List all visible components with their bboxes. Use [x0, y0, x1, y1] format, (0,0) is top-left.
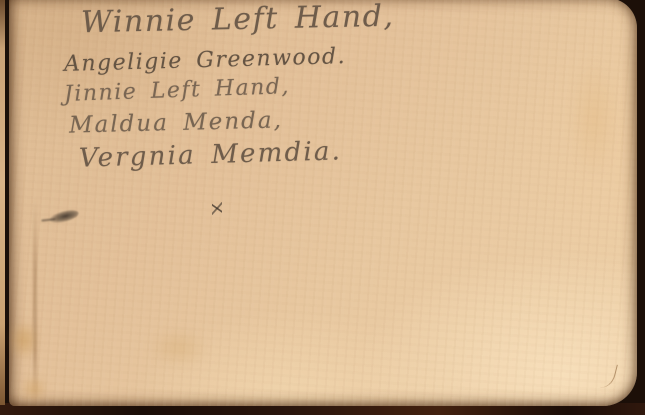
handwriting-line-3: Jinnie Left Hand, — [64, 74, 291, 107]
handwriting-line-2: Angeligie Greenwood. — [64, 44, 347, 77]
handwriting-line-5: Vergnia Memdia. — [79, 136, 343, 173]
page-crease — [33, 198, 37, 403]
foxing-stain — [9, 320, 39, 360]
graphite-smudge — [48, 208, 80, 226]
paper-crack — [591, 360, 618, 390]
binding-edge — [0, 0, 5, 405]
graphite-mark — [212, 202, 222, 215]
handwriting-line-4: Maldua Menda, — [69, 107, 283, 138]
foxing-stain — [149, 328, 209, 368]
foxing-stain — [21, 376, 47, 402]
handwriting-line-1: Winnie Left Hand, — [81, 0, 395, 40]
book-cover-background: Winnie Left Hand, Angeligie Greenwood. J… — [0, 0, 645, 415]
foxing-stain — [569, 58, 619, 178]
album-page: Winnie Left Hand, Angeligie Greenwood. J… — [9, 0, 637, 406]
